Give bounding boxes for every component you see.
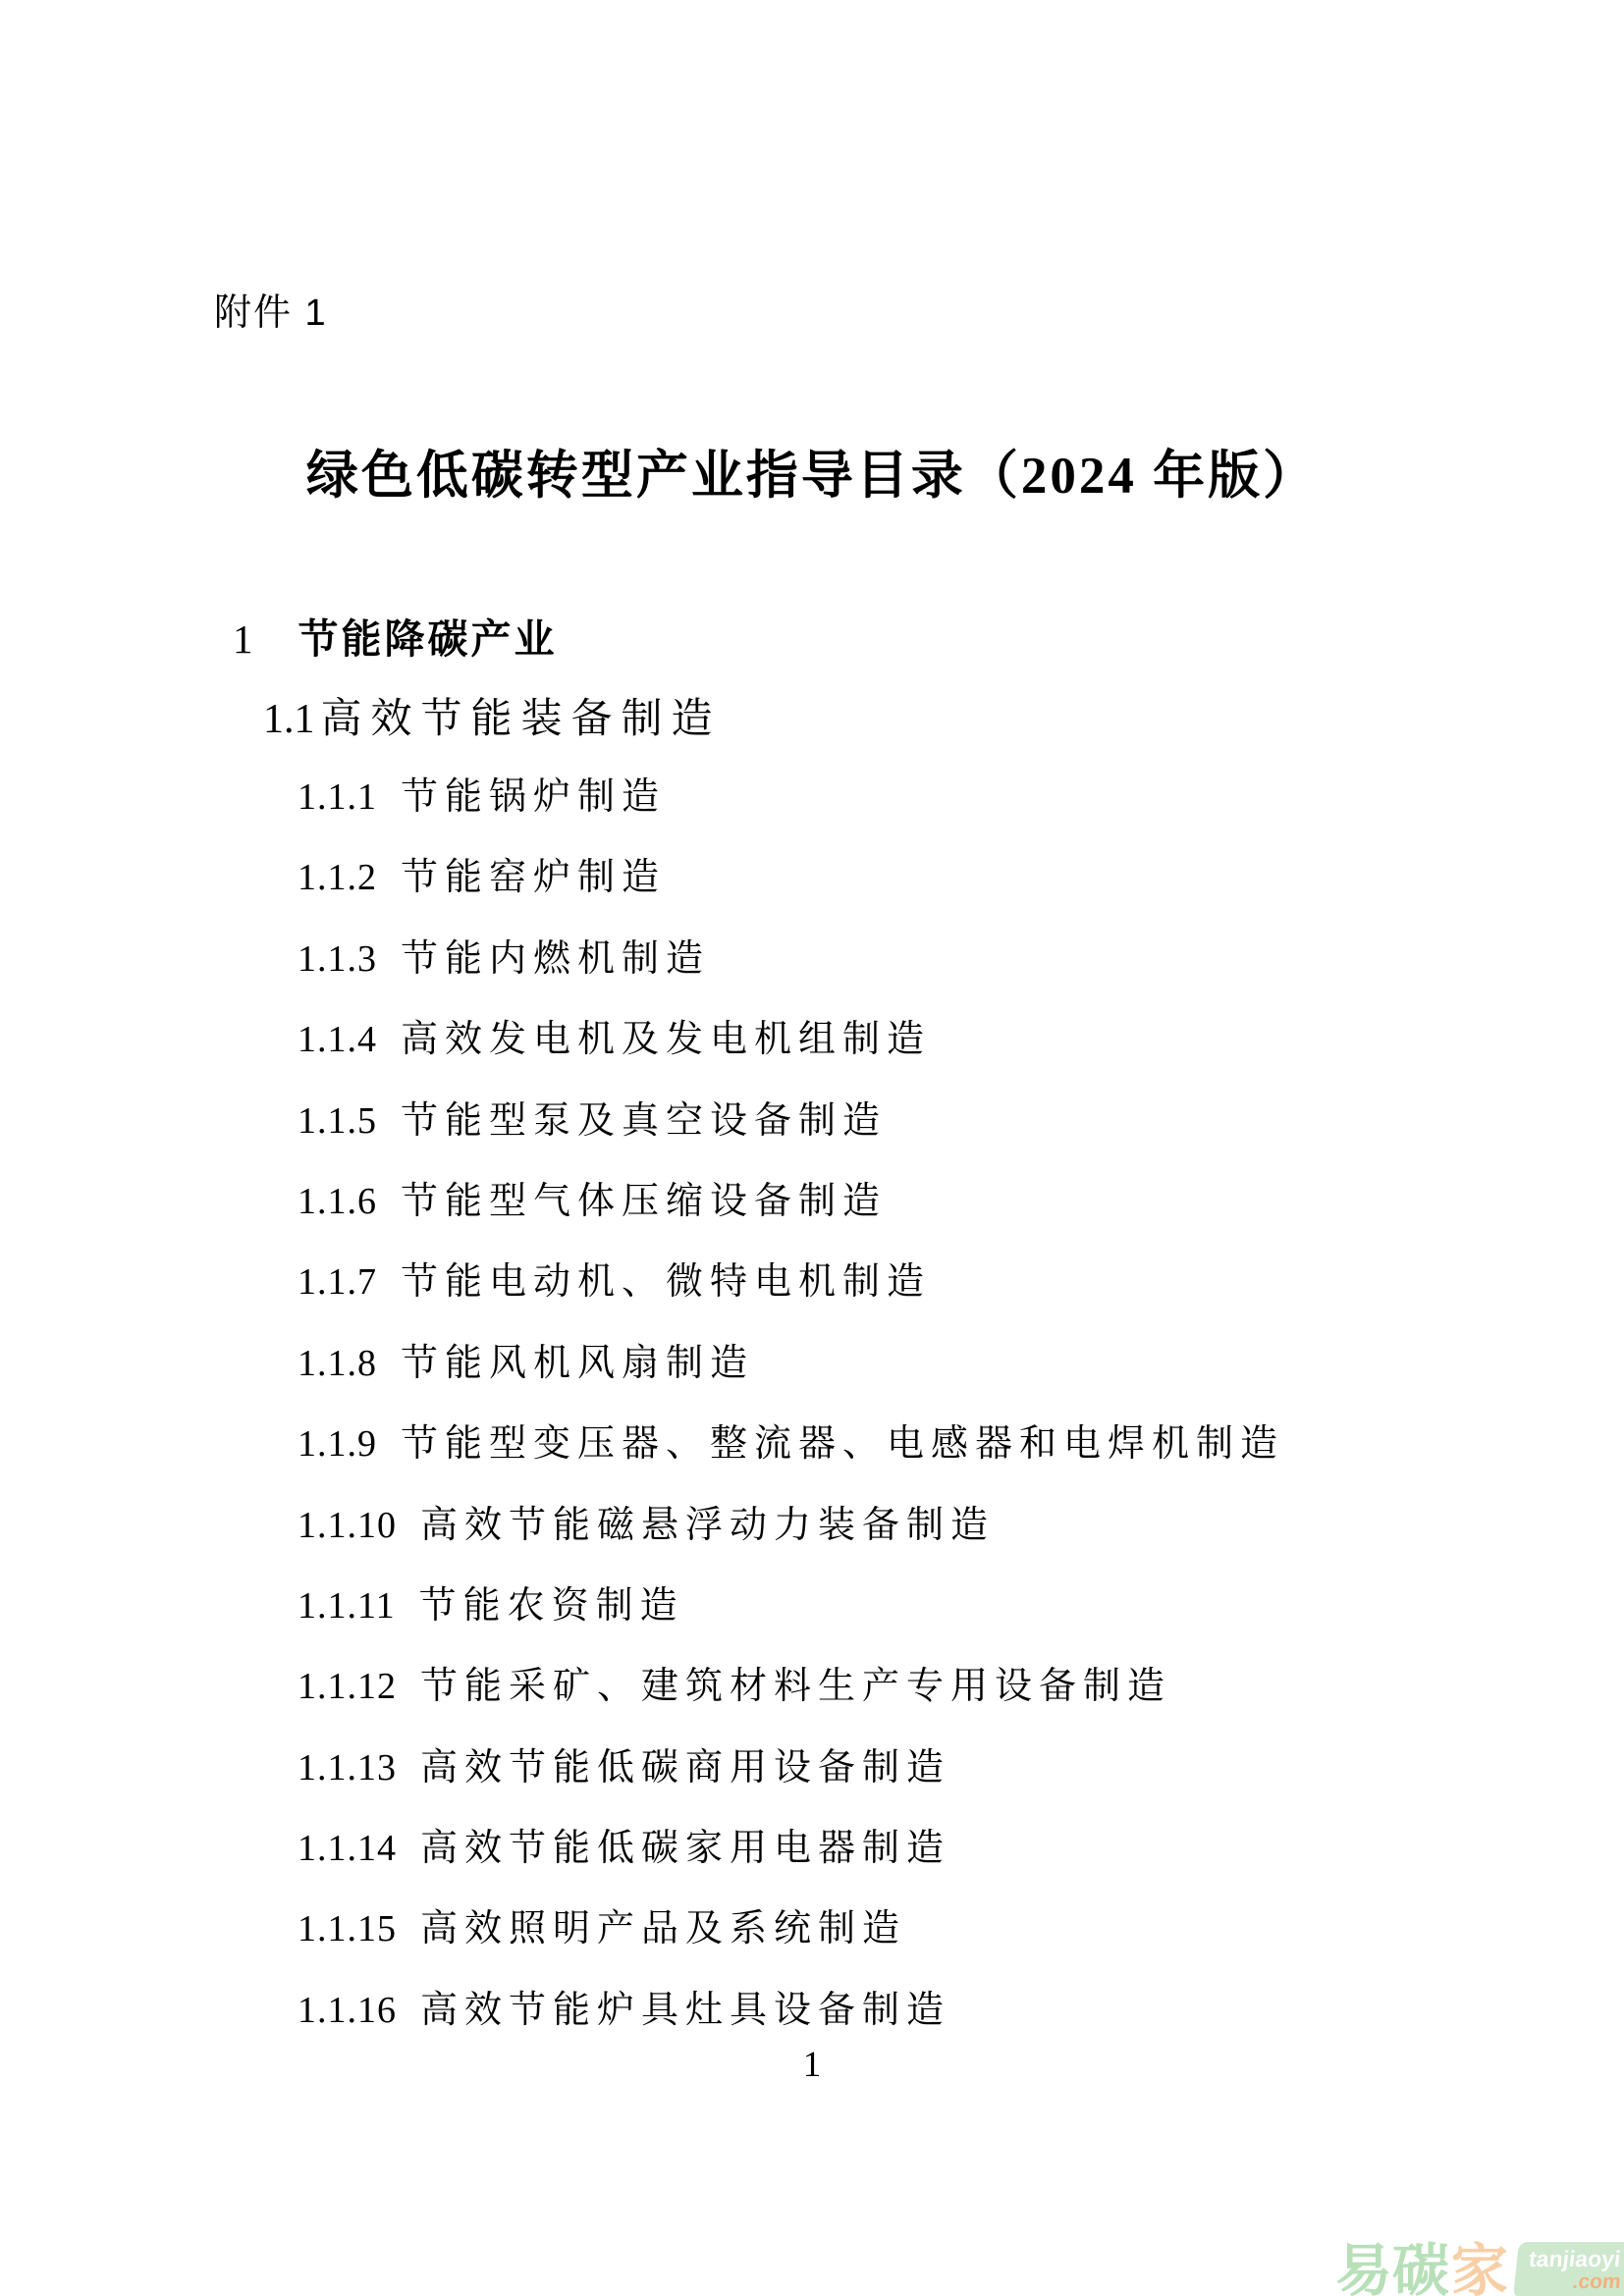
- item-label: 节能窑炉制造: [401, 857, 666, 898]
- watermark-orange-character: 家: [1451, 2243, 1508, 2296]
- catalog-item: 1.1.7节能电动机、微特电机制造: [298, 1251, 1525, 1331]
- item-label: 节能采矿、建筑材料生产专用设备制造: [420, 1666, 1171, 1707]
- catalog-item: 1.1.1节能锅炉制造: [298, 766, 1525, 846]
- subsection-title: 高效节能装备制造: [321, 686, 722, 745]
- item-number: 1.1.3: [298, 937, 377, 981]
- item-number: 1.1.14: [298, 1827, 397, 1870]
- item-number: 1.1.10: [298, 1504, 397, 1547]
- watermark-domain-tld: .com: [1526, 2271, 1622, 2292]
- watermark-green-characters: 易碳: [1335, 2243, 1449, 2296]
- catalog-item: 1.1.9节能型变压器、整流器、电感器和电焊机制造: [298, 1413, 1525, 1493]
- item-number: 1.1.15: [298, 1907, 397, 1950]
- item-number: 1.1.2: [298, 856, 377, 899]
- item-label: 节能农资制造: [419, 1585, 684, 1627]
- item-label: 高效节能磁悬浮动力装备制造: [420, 1505, 995, 1546]
- item-label: 节能风机风扇制造: [401, 1343, 754, 1384]
- item-label: 高效节能炉具灶具设备制造: [420, 1990, 950, 2031]
- item-number: 1.1.11: [298, 1584, 396, 1628]
- item-number: 1.1.9: [298, 1422, 377, 1466]
- item-label: 节能型泵及真空设备制造: [401, 1100, 887, 1142]
- item-number: 1.1.1: [298, 775, 377, 819]
- item-number: 1.1.4: [298, 1018, 377, 1061]
- catalog-item: 1.1.11节能农资制造: [298, 1575, 1525, 1655]
- item-label: 高效发电机及发电机组制造: [401, 1019, 931, 1060]
- catalog-item: 1.1.14高效节能低碳家用电器制造: [298, 1817, 1525, 1897]
- item-label: 节能型变压器、整流器、电感器和电焊机制造: [401, 1423, 1284, 1465]
- page-number: 1: [0, 2044, 1624, 2086]
- item-number: 1.1.5: [298, 1099, 377, 1143]
- subsection-number: 1.1: [263, 697, 315, 742]
- catalog-item: 1.1.12节能采矿、建筑材料生产专用设备制造: [298, 1655, 1525, 1735]
- item-number: 1.1.8: [298, 1342, 377, 1385]
- catalog-item: 1.1.15高效照明产品及系统制造: [298, 1897, 1525, 1978]
- item-label: 节能内燃机制造: [401, 938, 710, 980]
- item-label: 高效节能低碳商用设备制造: [420, 1747, 950, 1789]
- item-number: 1.1.7: [298, 1260, 377, 1304]
- item-number: 1.1.13: [298, 1746, 397, 1789]
- document-page: 附件 1 绿色低碳转型产业指导目录（2024 年版） 1节能降碳产业 1.1高效…: [0, 0, 1624, 2296]
- catalog-item: 1.1.3节能内燃机制造: [298, 928, 1525, 1008]
- catalog-item: 1.1.8节能风机风扇制造: [298, 1332, 1525, 1413]
- section-title: 节能降碳产业: [298, 607, 558, 665]
- catalog-item-list: 1.1.1节能锅炉制造 1.1.2节能窑炉制造 1.1.3节能内燃机制造 1.1…: [298, 766, 1525, 2059]
- watermark-domain-name: tanjiaoyi: [1528, 2248, 1624, 2270]
- item-label: 节能型气体压缩设备制造: [401, 1181, 887, 1222]
- catalog-item: 1.1.5节能型泵及真空设备制造: [298, 1090, 1525, 1170]
- subsection-heading: 1.1高效节能装备制造: [263, 686, 722, 745]
- item-label: 高效节能低碳家用电器制造: [420, 1828, 950, 1869]
- item-label: 高效照明产品及系统制造: [420, 1908, 906, 1949]
- item-label: 节能锅炉制造: [401, 776, 666, 818]
- item-number: 1.1.12: [298, 1665, 397, 1708]
- item-number: 1.1.16: [298, 1989, 397, 2032]
- item-label: 节能电动机、微特电机制造: [401, 1261, 931, 1303]
- catalog-item: 1.1.13高效节能低碳商用设备制造: [298, 1736, 1525, 1817]
- section-heading: 1节能降碳产业: [233, 607, 558, 665]
- document-title: 绿色低碳转型产业指导目录（2024 年版）: [0, 434, 1624, 508]
- catalog-item: 1.1.10高效节能磁悬浮动力装备制造: [298, 1494, 1525, 1575]
- catalog-item: 1.1.2节能窑炉制造: [298, 846, 1525, 927]
- attachment-label: 附件 1: [214, 282, 328, 336]
- section-number: 1: [233, 616, 253, 662]
- tanjiaoyi-watermark-logo: 易碳家 tanjiaoyi .com: [1335, 2242, 1624, 2296]
- item-number: 1.1.6: [298, 1180, 377, 1223]
- watermark-domain-badge: tanjiaoyi .com: [1513, 2242, 1624, 2296]
- catalog-item: 1.1.6节能型气体压缩设备制造: [298, 1170, 1525, 1251]
- catalog-item: 1.1.4高效发电机及发电机组制造: [298, 1008, 1525, 1089]
